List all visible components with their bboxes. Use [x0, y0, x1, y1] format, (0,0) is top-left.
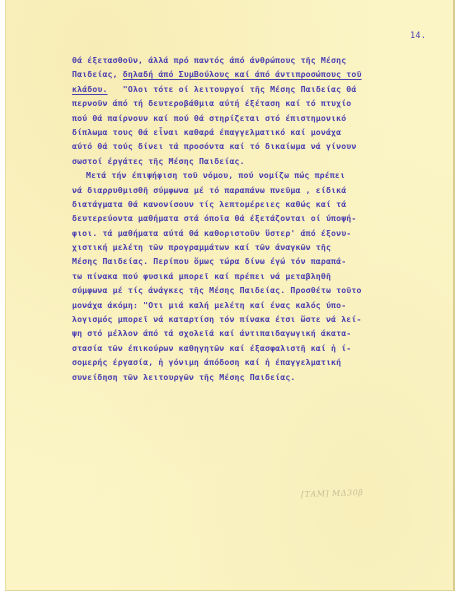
text-line: σύμφωνα μέ τίς άνάγκες τῆς Μέσης Παιδεία…	[72, 283, 452, 297]
document-page: 14. θά έξετασθοῦν, άλλά πρό παντός άπό ά…	[5, 0, 455, 591]
text-line: κλάδου. "Ολοι τότε οί λειτουργοί τῆς Μέσ…	[72, 82, 452, 96]
text-segment: Μετά τήν έπιψήφιση τοῦ νόμου, πού νομίζω…	[86, 170, 345, 180]
text-segment: πού θά παίρνουν καί πού θά στηρίζεται στ…	[72, 113, 346, 123]
text-segment: ψη στό μέλλον άπό τά σχολεῖά καί άντιπαι…	[72, 328, 351, 338]
text-line: χιστική μελέτη τῶν προγραμμάτων καί τῶν …	[72, 240, 452, 254]
text-segment: Μέσης Παιδείας. Περίπου ὅμως τώρα δίνω έ…	[72, 256, 346, 266]
text-segment: συνείδηση τῶν λειτουργῶν τῆς Μέσης Παιδε…	[72, 372, 296, 382]
text-segment: σύμφωνα μέ τίς άνάγκες τῆς Μέσης Παιδεία…	[72, 285, 362, 295]
underlined-text: δηλαδή άπό ΣυμΒούλους καί άπό άντιπροσώπ…	[123, 69, 362, 79]
archive-pencil-note: [ΤΑΜ] ΜΔ30β	[301, 488, 364, 499]
text-segment: στασία τῶν έπικούρων καθηγητῶν καί έξασφ…	[72, 343, 351, 353]
text-segment: νά διαρρυθμισθῆ σύμφωνα μέ τό παραπάνω π…	[72, 185, 346, 195]
text-segment: λογισμός μπορεῖ νά καταρτίση τόν πίνακα …	[72, 314, 362, 324]
text-line: θά έξετασθοῦν, άλλά πρό παντός άπό άνθρώ…	[72, 53, 452, 67]
text-segment: σομερής έργασία, ἡ γόνιμη άπόδοση καί ἡ …	[72, 357, 341, 367]
text-line: πού θά παίρνουν καί πού θά στηρίζεται στ…	[72, 111, 452, 125]
text-line: Μετά τήν έπιψήφιση τοῦ νόμου, πού νομίζω…	[72, 168, 452, 182]
text-segment: αύτό θά τούς δίνει τά προσόντα καί τό δι…	[72, 141, 356, 151]
text-segment: θά έξετασθοῦν, άλλά πρό παντός άπό άνθρώ…	[72, 55, 346, 65]
text-line: διατάγματα θά κανονίσουν τίς λεπτομέρειε…	[72, 197, 452, 211]
text-line: τω πίνακα πού φυσικά μπορεῖ καί πρέπει ν…	[72, 269, 452, 283]
typewritten-body: θά έξετασθοῦν, άλλά πρό παντός άπό άνθρώ…	[72, 53, 452, 384]
text-line: φιοι. τά μαθήματα αύτά θά καθοριστοῦν ὕσ…	[72, 226, 452, 240]
text-segment: περνοῦν άπό τή δευτεροβάθμια αύτή έξέτασ…	[72, 98, 351, 108]
text-segment: σωστοί έργάτες τῆς Μέσης Παιδείας.	[72, 156, 245, 166]
underlined-text: κλάδου.	[72, 84, 108, 94]
text-segment: χιστική μελέτη τῶν προγραμμάτων καί τῶν …	[72, 242, 331, 252]
text-line: αύτό θά τούς δίνει τά προσόντα καί τό δι…	[72, 139, 452, 153]
text-segment: τω πίνακα πού φυσικά μπορεῖ καί πρέπει ν…	[72, 271, 331, 281]
text-line: σομερής έργασία, ἡ γόνιμη άπόδοση καί ἡ …	[72, 355, 452, 369]
text-line: νά διαρρυθμισθῆ σύμφωνα μέ τό παραπάνω π…	[72, 183, 452, 197]
text-line: δευτερεύοντα μαθήματα στά όποῖα θά έξετά…	[72, 211, 452, 225]
text-line: μονάχα άκόμη: "Οτι μιά καλή μελέτη καί έ…	[72, 298, 452, 312]
text-segment: διατάγματα θά κανονίσουν τίς λεπτομέρειε…	[72, 199, 346, 209]
page-number: 14.	[410, 31, 426, 41]
text-segment: δευτερεύοντα μαθήματα στά όποῖα θά έξετά…	[72, 213, 356, 223]
text-segment: Παιδείας,	[72, 69, 123, 79]
text-segment: φιοι. τά μαθήματα αύτά θά καθοριστοῦν ὕσ…	[72, 228, 351, 238]
text-segment: δίπλωμα τους θά εἶναι καθαρά έπαγγελματι…	[72, 127, 341, 137]
text-segment: "Ολοι τότε οί λειτουργοί τῆς Μέσης Παιδε…	[108, 84, 357, 94]
text-line: Παιδείας, δηλαδή άπό ΣυμΒούλους καί άπό …	[72, 67, 452, 81]
text-line: συνείδηση τῶν λειτουργῶν τῆς Μέσης Παιδε…	[72, 370, 452, 384]
text-line: στασία τῶν έπικούρων καθηγητῶν καί έξασφ…	[72, 341, 452, 355]
text-segment: μονάχα άκόμη: "Οτι μιά καλή μελέτη καί έ…	[72, 300, 346, 310]
text-line: ψη στό μέλλον άπό τά σχολεῖά καί άντιπαι…	[72, 326, 452, 340]
text-line: Μέσης Παιδείας. Περίπου ὅμως τώρα δίνω έ…	[72, 254, 452, 268]
text-line: σωστοί έργάτες τῆς Μέσης Παιδείας.	[72, 154, 452, 168]
text-line: δίπλωμα τους θά εἶναι καθαρά έπαγγελματι…	[72, 125, 452, 139]
text-line: λογισμός μπορεῖ νά καταρτίση τόν πίνακα …	[72, 312, 452, 326]
text-line: περνοῦν άπό τή δευτεροβάθμια αύτή έξέτασ…	[72, 96, 452, 110]
